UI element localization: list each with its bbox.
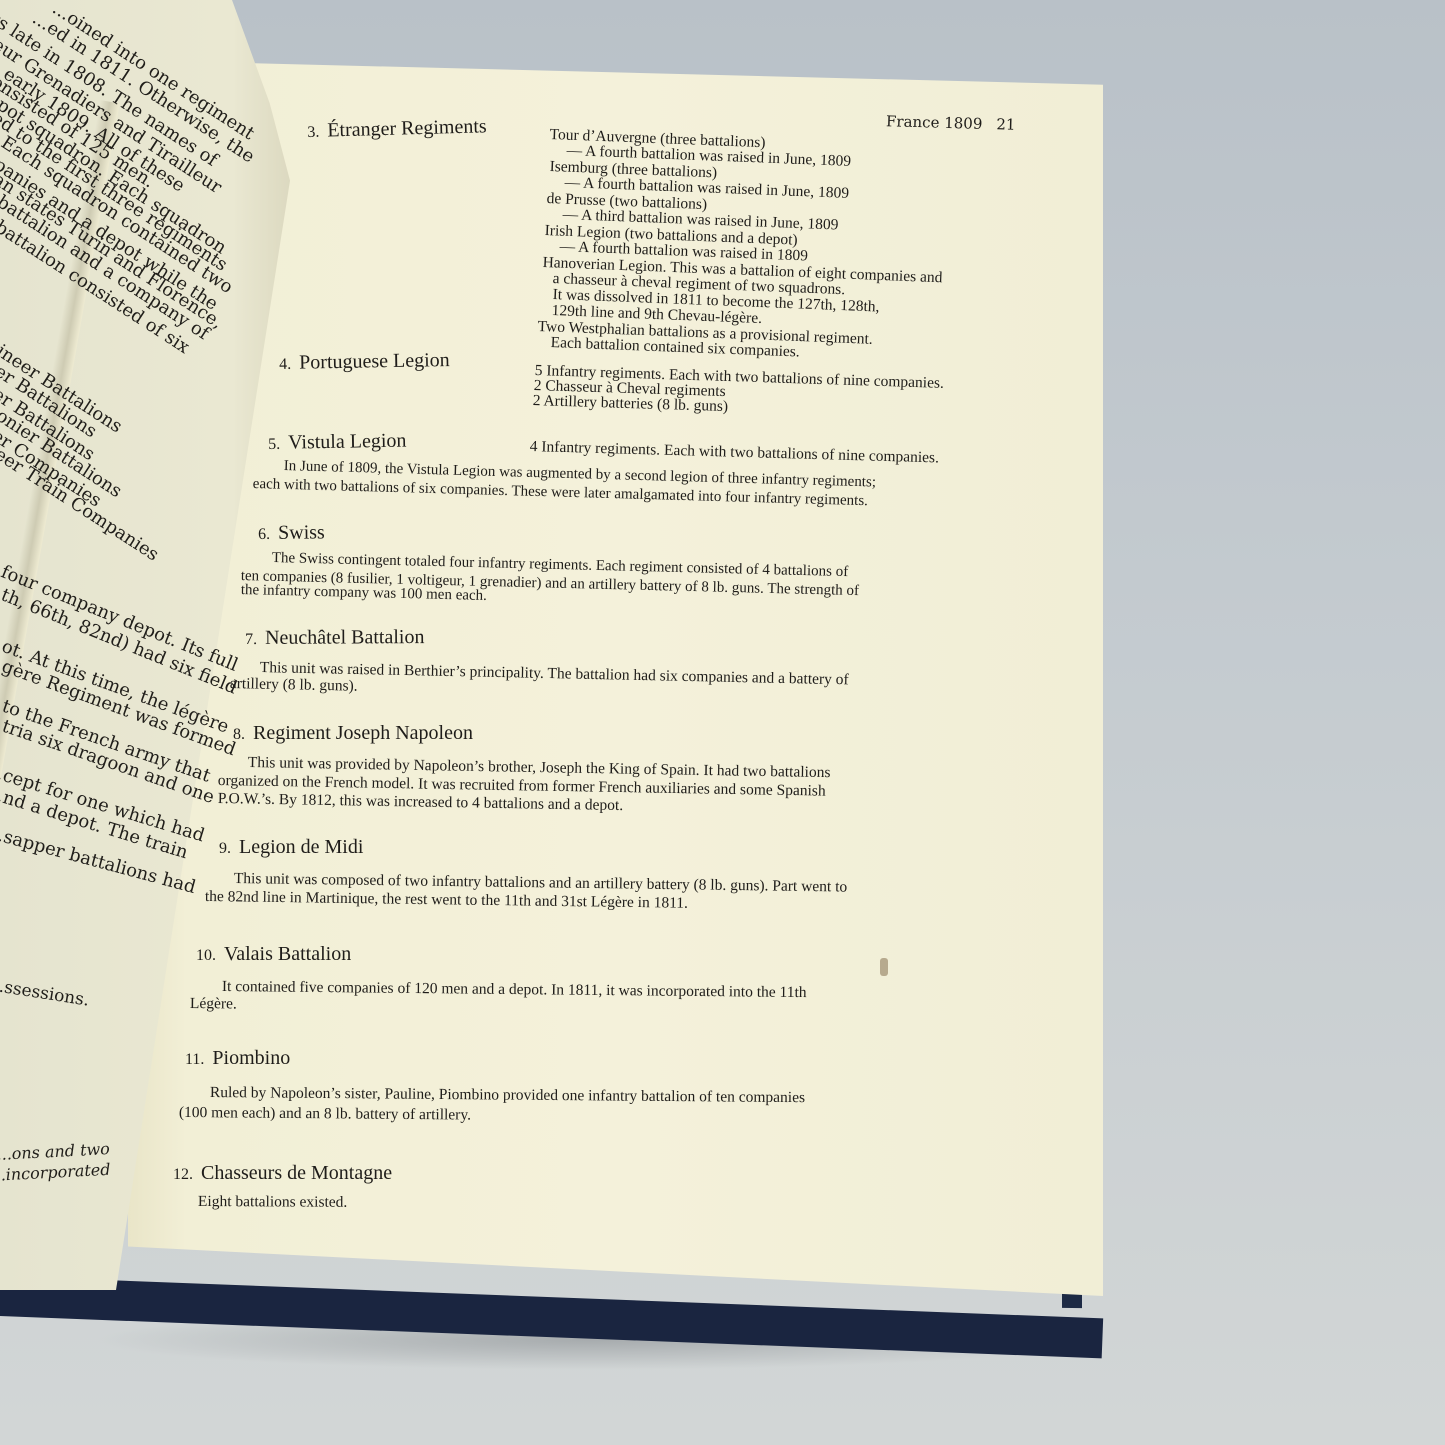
section-heading-11: 11.Piombino <box>185 1047 290 1070</box>
section-title: Chasseurs de Montagne <box>201 1162 392 1184</box>
section-line: Légère. <box>190 995 237 1013</box>
section-heading-9: 9.Legion de Midi <box>219 836 363 859</box>
section-line: artillery (8 lb. guns). <box>230 675 358 696</box>
running-head: France 180921 <box>886 112 1016 134</box>
section-title: Swiss <box>278 521 325 543</box>
paper-stain <box>880 958 888 976</box>
section-heading-3: 3.Étranger Regiments <box>307 115 487 143</box>
section-title: Étranger Regiments <box>327 115 487 141</box>
section-heading-6: 6.Swiss <box>258 521 325 545</box>
section-title: Vistula Legion <box>288 430 407 454</box>
section-heading-7: 7.Neuchâtel Battalion <box>245 626 425 650</box>
section-title: Valais Battalion <box>224 943 351 965</box>
section-heading-12: 12.Chasseurs de Montagne <box>173 1162 392 1185</box>
page-number: 21 <box>996 115 1016 134</box>
running-head-title: France 1809 <box>886 112 983 133</box>
section-heading-4: 4.Portuguese Legion <box>279 349 450 375</box>
section-line: Eight battalions existed. <box>198 1193 347 1212</box>
section-heading-10: 10.Valais Battalion <box>196 943 351 966</box>
section-title: Neuchâtel Battalion <box>265 626 425 649</box>
section-line: (100 men each) and an 8 lb. battery of a… <box>179 1104 471 1125</box>
section-heading-8: 8.Regiment Joseph Napoleon <box>233 722 473 745</box>
section-heading-5: 5.Vistula Legion <box>268 430 407 455</box>
section-title: Piombino <box>212 1047 290 1069</box>
section-title: Legion de Midi <box>239 836 363 858</box>
section-title: Portuguese Legion <box>299 349 450 374</box>
section-title: Regiment Joseph Napoleon <box>253 722 473 744</box>
